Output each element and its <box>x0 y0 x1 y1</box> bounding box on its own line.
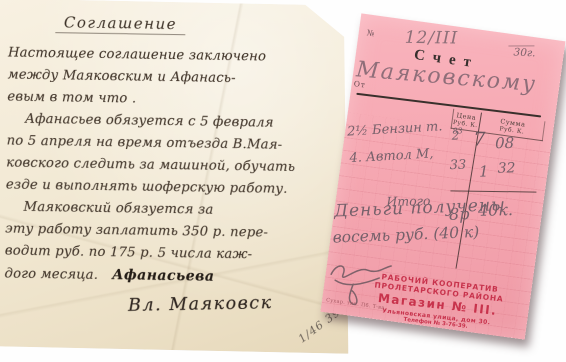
table-row-item: 4. Автол М, <box>349 146 434 166</box>
mayakovsky-signature: Вл. Маяковск <box>127 293 272 316</box>
total-divider-line <box>450 190 536 193</box>
table-row-sum-kopecks: 08 <box>495 134 514 152</box>
table-row-sum-rubles: 1 <box>479 162 489 180</box>
afanasyev-signature: Афанасьева <box>98 267 215 285</box>
signature-row: Вл. Маяковск <box>4 285 274 315</box>
thick-rule <box>356 93 541 118</box>
table-row-sum-rubles: 7 <box>473 129 485 151</box>
receipt-number-sign: № <box>366 28 375 38</box>
agreement-line: дого месяца. <box>4 266 98 282</box>
table-row-sum-kopecks: 32 <box>498 160 516 176</box>
receipt-document: № 12/ІІІ 30г. Счет Маяковскому От Цена Р… <box>321 13 566 339</box>
receipt-year-handwritten: 30г. <box>513 46 536 59</box>
receipt-date-handwritten: 12/ІІІ <box>405 28 459 49</box>
agreement-document: Соглашение Настоящее соглашение заключен… <box>0 0 356 354</box>
agreement-title: Соглашение <box>56 13 185 35</box>
agreement-title-row: Соглашение <box>8 11 232 36</box>
from-label: От <box>353 79 366 90</box>
cooperative-stamp: РАБОЧИЙ КООПЕРАТИВ ПРОЛЕТАРСКОГО РАЙОНА … <box>361 270 515 335</box>
agreement-last-line: дого месяца.Афанасьева <box>4 262 274 289</box>
table-row-price: 283 <box>451 128 461 143</box>
agreement-text-block: Соглашение Настоящее соглашение заключен… <box>0 0 355 317</box>
scanned-documents-photo: Соглашение Настоящее соглашение заключен… <box>0 0 566 362</box>
money-received-line2: восемь руб. (40 к) <box>332 223 479 247</box>
table-row-price: 33 <box>449 158 466 173</box>
table-row-item: 2½ Бензин т. <box>347 119 443 139</box>
price-kopecks: 83 <box>452 126 462 135</box>
